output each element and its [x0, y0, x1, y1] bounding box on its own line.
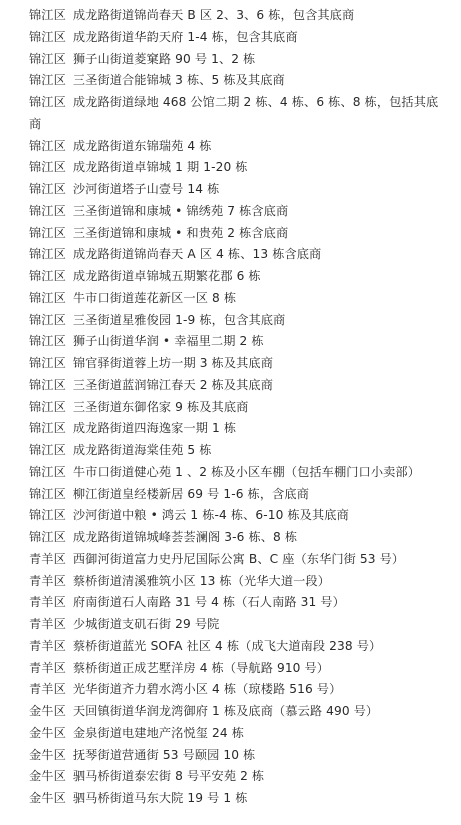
district-label: 锦江区	[29, 247, 66, 261]
list-item: 锦江区牛市口街道莲花新区一区 8 栋	[29, 288, 447, 310]
district-label: 锦江区	[29, 443, 66, 457]
address-text: 蔡桥街道蓝光 SOFA 社区 4 栋（成飞大道南段 238 号）	[73, 639, 381, 653]
address-text: 牛市口街道莲花新区一区 8 栋	[73, 291, 236, 305]
address-text: 抚琴街道营通街 53 号颐园 10 栋	[73, 748, 255, 762]
list-item: 锦江区成龙路街道东锦瑞苑 4 栋	[29, 136, 447, 158]
district-label: 金牛区	[29, 769, 66, 783]
list-item: 金牛区天回镇街道华润龙湾御府 1 栋及底商（慕云路 490 号）	[29, 701, 447, 723]
address-text: 三圣街道合能锦城 3 栋、5 栋及其底商	[73, 73, 285, 87]
list-item: 锦江区狮子山街道华润 • 幸福里二期 2 栋	[29, 331, 447, 353]
address-text: 府南街道石人南路 31 号 4 栋（石人南路 31 号）	[73, 595, 345, 609]
district-label: 青羊区	[29, 682, 66, 696]
list-item: 青羊区蔡桥街道正成艺墅洋房 4 栋（导航路 910 号）	[29, 658, 447, 680]
address-text: 成龙路街道卓锦城五期繁花郡 6 栋	[73, 269, 261, 283]
list-item: 锦江区柳江街道皇经楼新居 69 号 1-6 栋，含底商	[29, 484, 447, 506]
list-item: 金牛区抚琴街道营通街 53 号颐园 10 栋	[29, 745, 447, 767]
list-item: 锦江区成龙路街道四海逸家一期 1 栋	[29, 418, 447, 440]
list-item: 锦江区成龙路街道锦尚春天 B 区 2、3、6 栋，包含其底商	[29, 5, 447, 27]
address-text: 成龙路街道海棠佳苑 5 栋	[73, 443, 212, 457]
list-item: 锦江区牛市口街道健心苑 1 、2 栋及小区车棚（包括车棚门口小卖部）	[29, 462, 447, 484]
list-item: 锦江区三圣街道东御佲家 9 栋及其底商	[29, 397, 447, 419]
address-text: 蔡桥街道清溪雅筑小区 13 栋（光华大道一段）	[73, 574, 330, 588]
list-item: 青羊区少城街道支矶石街 29 号院	[29, 614, 447, 636]
list-item: 锦江区沙河街道中粮 • 鸿云 1 栋-4 栋、6-10 栋及其底商	[29, 505, 447, 527]
list-item: 锦江区锦官驿街道蓉上坊一期 3 栋及其底商	[29, 353, 447, 375]
address-text: 柳江街道皇经楼新居 69 号 1-6 栋，含底商	[73, 487, 309, 501]
list-item: 锦江区成龙路街道锦城峰荟荟澜阁 3-6 栋、8 栋	[29, 527, 447, 549]
district-label: 金牛区	[29, 726, 66, 740]
address-text: 成龙路街道锦尚春天 A 区 4 栋、13 栋含底商	[73, 247, 321, 261]
district-label: 锦江区	[29, 334, 66, 348]
list-item: 锦江区三圣街道蓝润锦江春天 2 栋及其底商	[29, 375, 447, 397]
address-text: 驷马桥街道泰宏街 8 号平安苑 2 栋	[73, 769, 264, 783]
district-label: 锦江区	[29, 73, 66, 87]
list-item: 金牛区驷马桥街道马东大院 19 号 1 栋	[29, 788, 447, 810]
list-item: 锦江区三圣街道合能锦城 3 栋、5 栋及其底商	[29, 70, 447, 92]
district-label: 青羊区	[29, 617, 66, 631]
list-item: 锦江区成龙路街道绿地 468 公馆二期 2 栋、4 栋、6 栋、8 栋，包括其底…	[29, 92, 447, 136]
list-item: 青羊区蔡桥街道蓝光 SOFA 社区 4 栋（成飞大道南段 238 号）	[29, 636, 447, 658]
address-text: 牛市口街道健心苑 1 、2 栋及小区车棚（包括车棚门口小卖部）	[73, 465, 420, 479]
address-text: 金泉街道电建地产洺悦玺 24 栋	[73, 726, 244, 740]
district-label: 青羊区	[29, 661, 66, 675]
district-label: 锦江区	[29, 356, 66, 370]
district-label: 锦江区	[29, 508, 66, 522]
list-item: 锦江区狮子山街道菱窠路 90 号 1、2 栋	[29, 49, 447, 71]
address-text: 三圣街道星雅俊园 1-9 栋，包含其底商	[73, 313, 285, 327]
district-label: 锦江区	[29, 182, 66, 196]
district-label: 金牛区	[29, 748, 66, 762]
district-label: 锦江区	[29, 421, 66, 435]
district-label: 金牛区	[29, 791, 66, 805]
address-text: 成龙路街道锦尚春天 B 区 2、3、6 栋，包含其底商	[73, 8, 354, 22]
address-text: 狮子山街道华润 • 幸福里二期 2 栋	[73, 334, 264, 348]
district-label: 锦江区	[29, 204, 66, 218]
address-text: 沙河街道中粮 • 鸿云 1 栋-4 栋、6-10 栋及其底商	[73, 508, 349, 522]
address-text: 少城街道支矶石街 29 号院	[73, 617, 220, 631]
list-item: 锦江区成龙路街道海棠佳苑 5 栋	[29, 440, 447, 462]
list-item: 青羊区光华街道齐力碧水湾小区 4 栋（琼楼路 516 号）	[29, 679, 447, 701]
district-label: 锦江区	[29, 530, 66, 544]
address-text: 成龙路街道华韵天府 1-4 栋，包含其底商	[73, 30, 298, 44]
list-item: 青羊区蔡桥街道清溪雅筑小区 13 栋（光华大道一段）	[29, 571, 447, 593]
district-label: 锦江区	[29, 30, 66, 44]
district-label: 锦江区	[29, 269, 66, 283]
district-label: 金牛区	[29, 704, 66, 718]
list-item: 锦江区成龙路街道卓锦城 1 期 1-20 栋	[29, 157, 447, 179]
list-item: 金牛区金泉街道电建地产洺悦玺 24 栋	[29, 723, 447, 745]
list-item: 锦江区成龙路街道华韵天府 1-4 栋，包含其底商	[29, 27, 447, 49]
address-text: 三圣街道锦和康城 • 锦绣苑 7 栋含底商	[73, 204, 288, 218]
list-item: 金牛区驷马桥街道泰宏街 8 号平安苑 2 栋	[29, 766, 447, 788]
district-label: 锦江区	[29, 52, 66, 66]
address-text: 成龙路街道卓锦城 1 期 1-20 栋	[73, 160, 248, 174]
address-text: 成龙路街道东锦瑞苑 4 栋	[73, 139, 212, 153]
district-label: 锦江区	[29, 226, 66, 240]
district-label: 锦江区	[29, 160, 66, 174]
address-text: 三圣街道蓝润锦江春天 2 栋及其底商	[73, 378, 273, 392]
list-item: 锦江区沙河街道塔子山壹号 14 栋	[29, 179, 447, 201]
address-text: 蔡桥街道正成艺墅洋房 4 栋（导航路 910 号）	[73, 661, 329, 675]
address-text: 西御河街道富力史丹尼国际公寓 B、C 座（东华门街 53 号）	[73, 552, 404, 566]
list-item: 锦江区三圣街道锦和康城 • 和贵苑 2 栋含底商	[29, 223, 447, 245]
address-text: 三圣街道锦和康城 • 和贵苑 2 栋含底商	[73, 226, 288, 240]
list-item: 青羊区府南街道石人南路 31 号 4 栋（石人南路 31 号）	[29, 592, 447, 614]
address-text: 沙河街道塔子山壹号 14 栋	[73, 182, 220, 196]
district-label: 锦江区	[29, 291, 66, 305]
address-text: 锦官驿街道蓉上坊一期 3 栋及其底商	[73, 356, 273, 370]
address-text: 狮子山街道菱窠路 90 号 1、2 栋	[73, 52, 255, 66]
district-label: 锦江区	[29, 95, 66, 109]
address-text: 天回镇街道华润龙湾御府 1 栋及底商（慕云路 490 号）	[73, 704, 378, 718]
district-label: 锦江区	[29, 313, 66, 327]
address-text: 光华街道齐力碧水湾小区 4 栋（琼楼路 516 号）	[73, 682, 342, 696]
address-list: 锦江区成龙路街道锦尚春天 B 区 2、3、6 栋，包含其底商锦江区成龙路街道华韵…	[0, 0, 461, 810]
district-label: 锦江区	[29, 8, 66, 22]
district-label: 青羊区	[29, 574, 66, 588]
address-text: 成龙路街道锦城峰荟荟澜阁 3-6 栋、8 栋	[73, 530, 297, 544]
address-text: 成龙路街道绿地 468 公馆二期 2 栋、4 栋、6 栋、8 栋，包括其底商	[29, 95, 438, 131]
district-label: 锦江区	[29, 139, 66, 153]
list-item: 锦江区成龙路街道锦尚春天 A 区 4 栋、13 栋含底商	[29, 244, 447, 266]
district-label: 青羊区	[29, 552, 66, 566]
list-item: 锦江区三圣街道锦和康城 • 锦绣苑 7 栋含底商	[29, 201, 447, 223]
district-label: 锦江区	[29, 487, 66, 501]
list-item: 青羊区西御河街道富力史丹尼国际公寓 B、C 座（东华门街 53 号）	[29, 549, 447, 571]
district-label: 锦江区	[29, 378, 66, 392]
list-item: 锦江区三圣街道星雅俊园 1-9 栋，包含其底商	[29, 310, 447, 332]
district-label: 青羊区	[29, 595, 66, 609]
address-text: 成龙路街道四海逸家一期 1 栋	[73, 421, 236, 435]
list-item: 锦江区成龙路街道卓锦城五期繁花郡 6 栋	[29, 266, 447, 288]
district-label: 青羊区	[29, 639, 66, 653]
district-label: 锦江区	[29, 465, 66, 479]
district-label: 锦江区	[29, 400, 66, 414]
address-text: 驷马桥街道马东大院 19 号 1 栋	[73, 791, 248, 805]
address-text: 三圣街道东御佲家 9 栋及其底商	[73, 400, 249, 414]
